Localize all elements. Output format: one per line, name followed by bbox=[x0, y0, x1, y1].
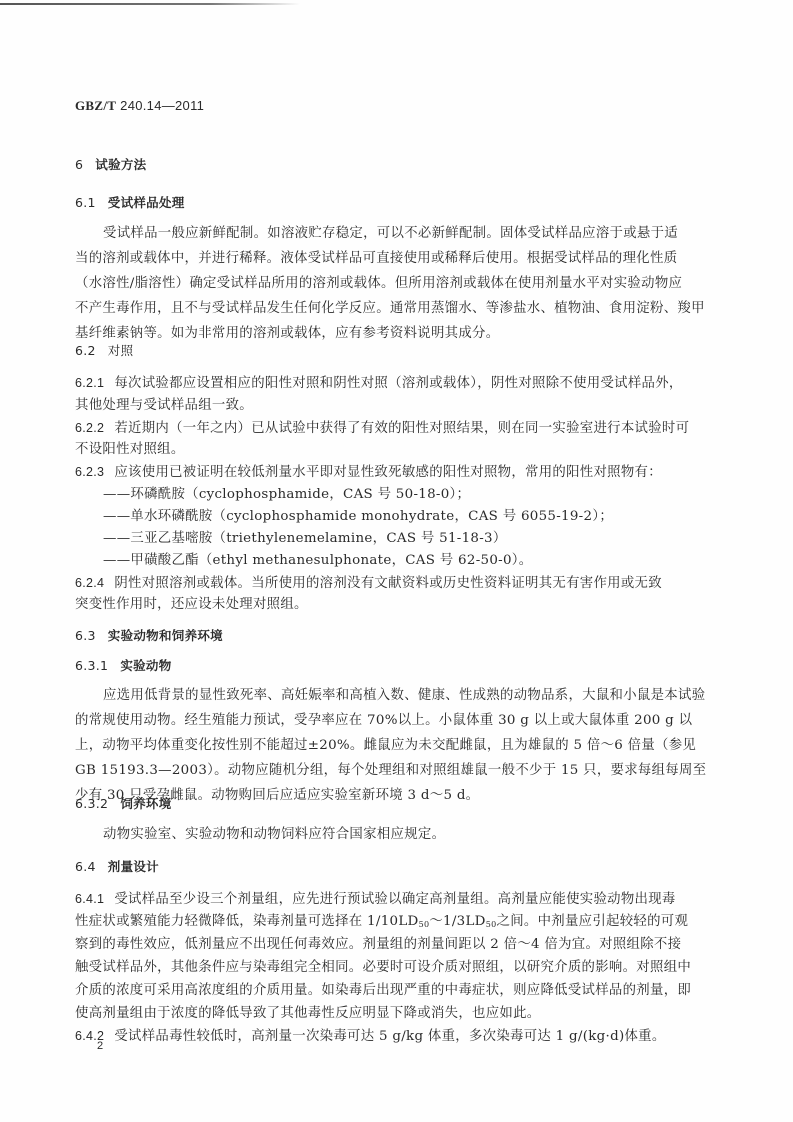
text-run: 之间。中剂量应引起较轻的可观 bbox=[497, 914, 689, 929]
paragraph-line: 基纤维素钠等。如为非常用的溶剂或载体，应有参考资料说明其成分。 bbox=[75, 325, 499, 343]
paragraph-line: 应选用低背景的显性致死率、高妊娠率和高植入数、健康、性成熟的动物品系，大鼠和小鼠… bbox=[103, 687, 705, 705]
paragraph-line: 使高剂量组由于浓度的降低导致了其他毒性反应明显下降或消失，也应如此。 bbox=[75, 1005, 540, 1023]
section-number: 6 bbox=[75, 157, 83, 172]
clause-6-2-1: 6.2.1每次试验都应设置相应的阳性对照和阴性对照（溶剂或载体），阴性对照除不使… bbox=[75, 374, 683, 393]
document-id: GBZ/T 240.14—2011 bbox=[75, 97, 204, 115]
list-item: ——环磷酰胺（cyclophosphamide，CAS 号 50-18-0）； bbox=[103, 486, 470, 504]
text-run: ～1/3LD bbox=[429, 914, 485, 929]
section-title: 试验方法 bbox=[95, 157, 146, 172]
section-6-heading: 6试验方法 bbox=[75, 156, 146, 174]
section-title: 剂量设计 bbox=[108, 859, 159, 874]
section-title: 饲养环境 bbox=[120, 796, 171, 811]
clause-6-4-1: 6.4.1受试样品至少设三个剂量组，应先进行预试验以确定高剂量组。高剂量应能使实… bbox=[75, 890, 676, 909]
clause-6-4-2: 6.4.2受试样品毒性较低时，高剂量一次染毒可达 5 g/kg 体重，多次染毒可… bbox=[75, 1027, 666, 1046]
clause-6-2-2: 6.2.2若近期内（一年之内）已从试验中获得了有效的阳性对照结果，则在同一实验室… bbox=[75, 419, 689, 438]
doc-id-rest: 240.14—2011 bbox=[116, 98, 204, 113]
paragraph-line: 受试样品一般应新鲜配制。如溶液贮存稳定，可以不必新鲜配制。固体受试样品应溶于或悬… bbox=[103, 225, 678, 243]
section-number: 6.1 bbox=[75, 195, 96, 210]
clause-6-2-4: 6.2.4阴性对照溶剂或载体。当所使用的溶剂没有文献资料或历史性资料证明其无有害… bbox=[75, 574, 662, 593]
paragraph-line: 介质的浓度可采用高浓度组的介质用量。如染毒后出现严重的中毒症状，则应降低受试样品… bbox=[75, 982, 691, 1000]
paragraph-line: 上，动物平均体重变化按性别不能超过±20%。雌鼠应为未交配雌鼠，且为雄鼠的 5 … bbox=[75, 737, 696, 755]
section-6-1-heading: 6.1受试样品处理 bbox=[75, 194, 185, 212]
section-title: 实验动物和饲养环境 bbox=[108, 628, 223, 643]
paragraph-line: 性症状或繁殖能力轻微降低，染毒剂量可选择在 1/10LD50～1/3LD50之间… bbox=[75, 913, 688, 934]
clause-number: 6.2.3 bbox=[75, 465, 104, 479]
section-number: 6.3.1 bbox=[75, 658, 108, 673]
list-item: ——三亚乙基嘧胺（triethylenemelamine，CAS 号 51-18… bbox=[103, 530, 507, 548]
paragraph-line: 触受试样品外，其他条件应与染毒组完全相同。必要时可设介质对照组，以研究介质的影响… bbox=[75, 959, 691, 977]
subscript: 50 bbox=[486, 920, 497, 929]
paragraph-line: GB 15193.3—2003）。动物应随机分组，每个处理组和对照组雄鼠一般不少… bbox=[75, 762, 706, 780]
paragraph-line: 的常规使用动物。经生殖能力预试，受孕率应在 70%以上。小鼠体重 30 g 以上… bbox=[75, 712, 692, 730]
paragraph-line: 阴性对照溶剂或载体。当所使用的溶剂没有文献资料或历史性资料证明其无有害作用或无致 bbox=[114, 576, 662, 591]
clause-number: 6.2.1 bbox=[75, 376, 104, 390]
paragraph-line: 动物实验室、实验动物和动物饲料应符合国家相应规定。 bbox=[103, 826, 445, 844]
text-run: 性症状或繁殖能力轻微降低，染毒剂量可选择在 1/10LD bbox=[75, 914, 419, 929]
paragraph-line: 受试样品至少设三个剂量组，应先进行预试验以确定高剂量组。高剂量应能使实验动物出现… bbox=[114, 892, 675, 907]
section-title: 对照 bbox=[108, 343, 134, 358]
paragraph-line: 应该使用已被证明在较低剂量水平即对显性致死敏感的阳性对照物，常用的阳性对照物有： bbox=[114, 465, 662, 480]
section-6-4-heading: 6.4剂量设计 bbox=[75, 858, 159, 876]
paragraph-line: 当的溶剂或载体中，并进行稀释。液体受试样品可直接使用或稀释后使用。根据受试样品的… bbox=[75, 250, 677, 268]
paragraph-line: 受试样品毒性较低时，高剂量一次染毒可达 5 g/kg 体重，多次染毒可达 1 g… bbox=[114, 1029, 665, 1044]
top-rule bbox=[0, 3, 300, 5]
paragraph-line: 不设阳性对照组。 bbox=[75, 441, 185, 459]
clause-number: 6.2.2 bbox=[75, 421, 104, 435]
clause-6-2-3: 6.2.3应该使用已被证明在较低剂量水平即对显性致死敏感的阳性对照物，常用的阳性… bbox=[75, 463, 662, 482]
paragraph-line: 察到的毒性效应，低剂量应不出现任何毒效应。剂量组的剂量间距以 2 倍～4 倍为宜… bbox=[75, 936, 681, 954]
section-title: 实验动物 bbox=[120, 658, 171, 673]
clause-number: 6.4.1 bbox=[75, 892, 104, 906]
section-6-3-1-heading: 6.3.1实验动物 bbox=[75, 657, 172, 675]
paragraph-line: 每次试验都应设置相应的阳性对照和阴性对照（溶剂或载体），阴性对照除不使用受试样品… bbox=[114, 376, 682, 391]
section-number: 6.3.2 bbox=[75, 796, 108, 811]
paragraph-line: 不产生毒作用，且不与受试样品发生任何化学反应。通常用蒸馏水、等渗盐水、植物油、食… bbox=[75, 300, 705, 318]
page-number: 2 bbox=[97, 1040, 103, 1052]
doc-id-prefix: GBZ/T bbox=[75, 98, 116, 113]
section-6-3-heading: 6.3实验动物和饲养环境 bbox=[75, 627, 223, 645]
paragraph-line: 突变性作用时，还应设未处理对照组。 bbox=[75, 596, 308, 614]
list-item: ——甲磺酸乙酯（ethyl methanesulphonate，CAS 号 62… bbox=[103, 552, 532, 570]
paragraph-line: 其他处理与受试样品组一致。 bbox=[75, 397, 253, 415]
section-6-3-2-heading: 6.3.2饲养环境 bbox=[75, 795, 172, 813]
section-number: 6.4 bbox=[75, 859, 96, 874]
paragraph-line: （水溶性/脂溶性）确定受试样品所用的溶剂或载体。但所用溶剂或载体在使用剂量水平对… bbox=[75, 275, 682, 293]
section-number: 6.2 bbox=[75, 343, 96, 358]
paragraph-line: 若近期内（一年之内）已从试验中获得了有效的阳性对照结果，则在同一实验室进行本试验… bbox=[114, 421, 689, 436]
section-number: 6.3 bbox=[75, 628, 96, 643]
list-item: ——单水环磷酰胺（cyclophosphamide monohydrate，CA… bbox=[103, 508, 613, 526]
subscript: 50 bbox=[419, 920, 430, 929]
clause-number: 6.2.4 bbox=[75, 576, 104, 590]
section-6-2-heading: 6.2对照 bbox=[75, 342, 133, 360]
section-title: 受试样品处理 bbox=[108, 195, 185, 210]
